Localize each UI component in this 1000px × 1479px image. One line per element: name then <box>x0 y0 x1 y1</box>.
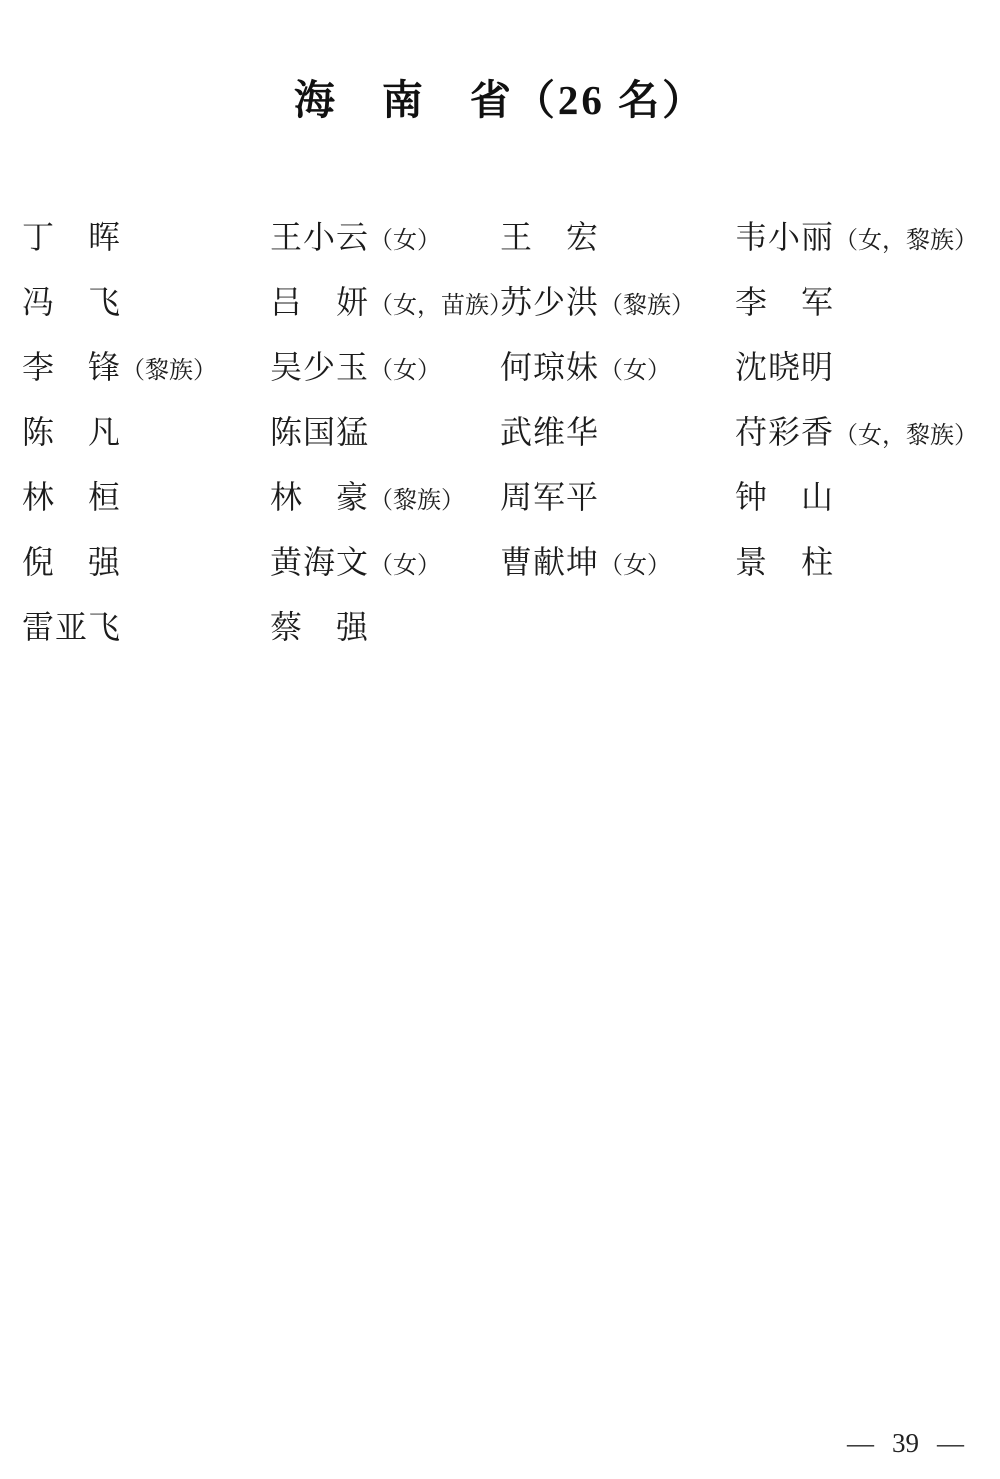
delegate-note: （黎族） <box>599 286 695 326</box>
delegate-name-item: 何琼妹（女） <box>500 347 735 412</box>
delegate-name: 黄海文 <box>270 542 369 582</box>
delegate-name-item: 苻彩香（女，黎族） <box>735 412 990 477</box>
delegate-name-item: 钟 山 <box>735 477 990 542</box>
delegate-name: 苏少洪 <box>500 282 599 322</box>
delegate-name-item: 陈 凡 <box>22 412 270 477</box>
delegate-name: 林 桓 <box>22 477 121 517</box>
delegate-note: （女） <box>369 351 441 391</box>
delegate-name: 李 锋 <box>22 347 121 387</box>
delegate-name: 雷亚飞 <box>22 607 121 647</box>
delegate-name: 蔡 强 <box>270 607 369 647</box>
delegate-note: （黎族） <box>121 351 217 391</box>
delegate-name-item: 王小云（女） <box>270 217 500 282</box>
delegate-name-item: 沈晓明 <box>735 347 990 412</box>
delegate-name-item: 韦小丽（女，黎族） <box>735 217 990 282</box>
delegate-name: 倪 强 <box>22 542 121 582</box>
delegate-name: 钟 山 <box>735 477 834 517</box>
delegate-name-item: 林 桓 <box>22 477 270 542</box>
delegate-name-item: 林 豪（黎族） <box>270 477 500 542</box>
delegate-name-item: 蔡 强 <box>270 607 500 672</box>
delegate-note: （女） <box>369 221 441 261</box>
delegate-name: 曹献坤 <box>500 542 599 582</box>
delegate-name: 吴少玉 <box>270 347 369 387</box>
delegate-name-item: 曹献坤（女） <box>500 542 735 607</box>
delegate-note: （女，黎族） <box>834 416 978 456</box>
delegate-name-item: 丁 晖 <box>22 217 270 282</box>
delegate-name: 何琼妹 <box>500 347 599 387</box>
page-footer: — 39 — <box>847 1428 964 1459</box>
delegate-name: 韦小丽 <box>735 217 834 257</box>
delegate-name: 冯 飞 <box>22 282 121 322</box>
delegate-name-item: 武维华 <box>500 412 735 477</box>
delegate-note: （黎族） <box>369 481 465 521</box>
delegate-name-item: 冯 飞 <box>22 282 270 347</box>
delegate-name-item: 周军平 <box>500 477 735 542</box>
delegate-name-item: 景 柱 <box>735 542 990 607</box>
delegate-name-item: 李 军 <box>735 282 990 347</box>
delegate-name: 武维华 <box>500 412 599 452</box>
delegate-name: 王 宏 <box>500 217 599 257</box>
delegate-name: 李 军 <box>735 282 834 322</box>
delegate-name: 陈国猛 <box>270 412 369 452</box>
footer-dash-left: — <box>847 1428 874 1459</box>
delegate-note: （女） <box>599 351 671 391</box>
delegate-name: 沈晓明 <box>735 347 834 387</box>
delegate-name: 王小云 <box>270 217 369 257</box>
delegate-name: 周军平 <box>500 477 599 517</box>
delegate-name: 吕 妍 <box>270 282 369 322</box>
page-number: 39 <box>892 1428 919 1459</box>
delegate-name-item: 倪 强 <box>22 542 270 607</box>
delegate-name-item: 吴少玉（女） <box>270 347 500 412</box>
delegate-name-item: 王 宏 <box>500 217 735 282</box>
delegate-name: 林 豪 <box>270 477 369 517</box>
page-title: 海 南 省（26 名） <box>0 78 1000 123</box>
delegate-name-item: 吕 妍（女，苗族） <box>270 282 500 347</box>
delegate-name: 景 柱 <box>735 542 834 582</box>
delegate-name: 苻彩香 <box>735 412 834 452</box>
footer-dash-right: — <box>937 1428 964 1459</box>
delegate-name-item: 苏少洪（黎族） <box>500 282 735 347</box>
delegate-note: （女，苗族） <box>369 286 513 326</box>
delegate-name: 丁 晖 <box>22 217 121 257</box>
delegate-name: 陈 凡 <box>22 412 121 452</box>
delegate-name-item: 黄海文（女） <box>270 542 500 607</box>
delegate-name-list: 丁 晖 王小云（女） 王 宏 韦小丽（女，黎族） 冯 飞 吕 妍（女，苗族） 苏… <box>22 217 990 672</box>
delegate-note: （女） <box>599 546 671 586</box>
delegate-name-item: 陈国猛 <box>270 412 500 477</box>
delegate-note: （女） <box>369 546 441 586</box>
delegate-note: （女，黎族） <box>834 221 978 261</box>
delegate-name-item: 李 锋（黎族） <box>22 347 270 412</box>
delegate-name-item: 雷亚飞 <box>22 607 270 672</box>
